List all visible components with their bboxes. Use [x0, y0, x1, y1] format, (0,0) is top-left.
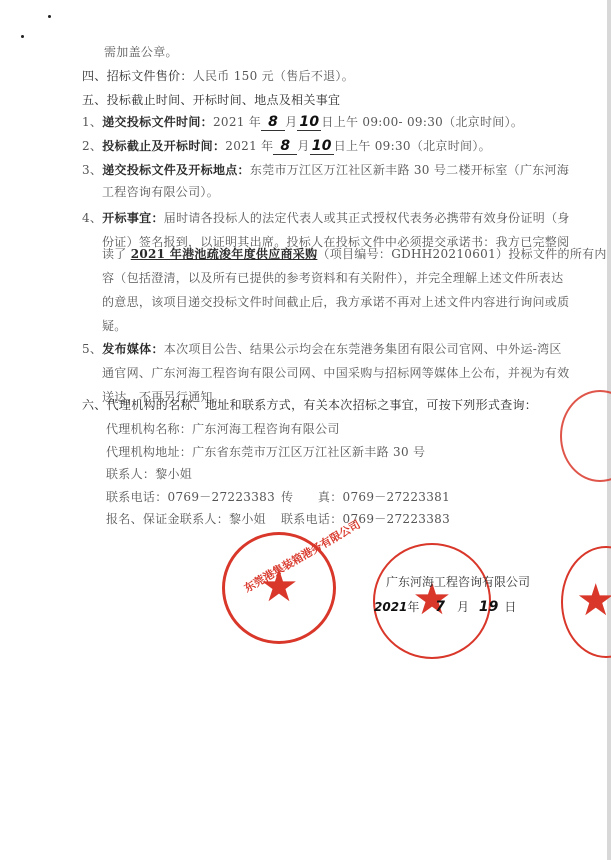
deposit-contact-value: 黎小姐 — [229, 512, 266, 526]
sign-day-label: 日 — [504, 600, 516, 614]
item-3-body: 东莞市万江区万江社区新丰路 30 号二楼开标室（广东河海 — [250, 163, 569, 177]
item-1: 1、递交投标文件时间：2021 年8月10日上午 09:00- 09:30（北京… — [82, 114, 523, 131]
item-4: 4、开标事宜：届时请各投标人的法定代表人或其正式授权代表务必携带有效身份证明（身 — [82, 210, 570, 226]
project-name: 2021 年港池疏浚年度供应商采购 — [131, 247, 318, 261]
item-5: 5、发布媒体：本次项目公告、结果公示均会在东莞港务集团有限公司官网、中外运-湾区 — [82, 341, 562, 357]
section-6-heading: 六、代理机构的名称、地址和联系方式，有关本次招标之事宜，可按下列形式查询： — [82, 397, 537, 413]
document-page: 需加盖公章。 四、招标文件售价：人民币 150 元（售后不退）。 五、投标截止时… — [0, 0, 611, 860]
item-1-num: 1、 — [82, 115, 102, 129]
section-6-title: 六、代理机构的名称、地址和联系方式，有关本次招标之事宜，可按下列形式查询： — [82, 398, 537, 412]
sign-year: 2021 — [374, 600, 407, 614]
agency-address-label: 代理机构地址： — [106, 445, 192, 459]
item-5-body-2: 通官网、广东河海工程咨询有限公司网、中国采购与招标网等媒体上公布，并视为有效 — [102, 365, 569, 381]
item-2-heading: 投标截止及开标时间： — [102, 139, 225, 153]
item-4-body-4: 容（包括澄清，以及所有已提供的参考资料和有关附件），并完全理解上述文件所表达 — [102, 270, 563, 286]
item-1-time: 日上午 09:00- 09:30（北京时间）。 — [321, 115, 523, 129]
seal-star-icon: ★ — [576, 579, 611, 623]
seal-right-upper — [560, 390, 611, 482]
section-5-title: 五、投标截止时间、开标时间、地点及相关事宜 — [82, 93, 340, 107]
sign-month-label: 月 — [457, 600, 469, 614]
item-3-body-cont: 工程咨询有限公司）。 — [102, 184, 219, 200]
fax-label: 传 真： — [281, 490, 343, 504]
item-4-body: 届时请各投标人的法定代表人或其正式授权代表务必携带有效身份证明（身 — [164, 211, 570, 225]
line-continuation: 需加盖公章。 — [104, 44, 178, 60]
phone-label: 联系电话： — [106, 490, 168, 504]
item-5-body: 本次项目公告、结果公示均会在东莞港务集团有限公司官网、中外运-湾区 — [164, 342, 562, 356]
item-2-month-label: 月 — [297, 139, 309, 153]
item-1-day: 10 — [297, 114, 321, 131]
item-3-num: 3、 — [82, 163, 102, 177]
sign-day: 19 — [479, 599, 498, 615]
fax-row: 传 真：0769－27223381 — [281, 489, 450, 505]
item-1-year: 2021 年 — [213, 115, 261, 129]
section-4-heading: 四、招标文件售价： — [82, 69, 193, 83]
seal-right: ★ — [561, 546, 611, 658]
item-2-month: 8 — [273, 138, 297, 155]
section-4: 四、招标文件售价：人民币 150 元（售后不退）。 — [82, 68, 354, 84]
deposit-contact: 报名、保证金联系人：黎小姐 — [106, 511, 266, 527]
item-3-heading: 递交投标文件及开标地点： — [102, 163, 250, 177]
item-1-month: 8 — [261, 114, 285, 131]
signing-date: 2021年 7月 19日 — [374, 598, 516, 615]
signing-company: 广东河海工程咨询有限公司 — [386, 573, 530, 590]
item-4-body-6: 疑。 — [102, 318, 127, 334]
scan-speck — [21, 35, 24, 38]
deposit-phone: 联系电话：0769－27223383 — [281, 511, 450, 527]
item-3: 3、递交投标文件及开标地点：东莞市万江区万江社区新丰路 30 号二楼开标室（广东… — [82, 162, 569, 178]
item-2-num: 2、 — [82, 139, 102, 153]
fax-value: 0769－27223381 — [343, 490, 451, 504]
contact-phone-row: 联系电话：0769－27223383 — [106, 489, 275, 505]
contact-person: 联系人：黎小姐 — [106, 466, 192, 482]
item-4-heading: 开标事宜： — [102, 211, 164, 225]
agency-address-value: 广东省东莞市万江区万江社区新丰路 30 号 — [192, 445, 425, 459]
item-2-year: 2021 年 — [225, 139, 273, 153]
agency-name: 代理机构名称：广东河海工程咨询有限公司 — [106, 421, 340, 437]
section-4-body: 人民币 150 元（售后不退）。 — [193, 69, 354, 83]
phone-value: 0769－27223383 — [168, 490, 276, 504]
item-4-num: 4、 — [82, 211, 102, 225]
item-4-body-3: 读了 2021 年港池疏浚年度供应商采购（项目编号：GDHH20210601）投… — [102, 246, 607, 262]
item-1-month-label: 月 — [285, 115, 297, 129]
item-2-day: 10 — [310, 138, 334, 155]
agency-name-value: 广东河海工程咨询有限公司 — [192, 422, 340, 436]
scan-speck — [48, 15, 51, 18]
section-5-heading: 五、投标截止时间、开标时间、地点及相关事宜 — [82, 92, 340, 108]
contact-person-label: 联系人： — [106, 467, 155, 481]
sign-month: 7 — [435, 599, 445, 615]
sign-year-label: 年 — [407, 600, 419, 614]
agency-address: 代理机构地址：广东省东莞市万江区万江社区新丰路 30 号 — [106, 444, 425, 460]
item-4-body-5: 的意思，该项目递交投标文件时间截止后，我方承诺不再对上述文件内容进行询问或质 — [102, 294, 569, 310]
item-2-time: 日上午 09:30（北京时间）。 — [334, 139, 491, 153]
project-code: （项目编号：GDHH20210601）投标文件的所有内 — [317, 247, 606, 261]
contact-person-value: 黎小姐 — [155, 467, 192, 481]
item-1-heading: 递交投标文件时间： — [102, 115, 213, 129]
agency-name-label: 代理机构名称： — [106, 422, 192, 436]
item-5-num: 5、 — [82, 342, 102, 356]
deposit-phone-label: 联系电话： — [281, 512, 343, 526]
item-4-read-prefix: 读了 — [102, 247, 131, 261]
deposit-contact-label: 报名、保证金联系人： — [106, 512, 229, 526]
item-5-heading: 发布媒体： — [102, 342, 164, 356]
item-2: 2、投标截止及开标时间：2021 年8月10日上午 09:30（北京时间）。 — [82, 138, 491, 155]
